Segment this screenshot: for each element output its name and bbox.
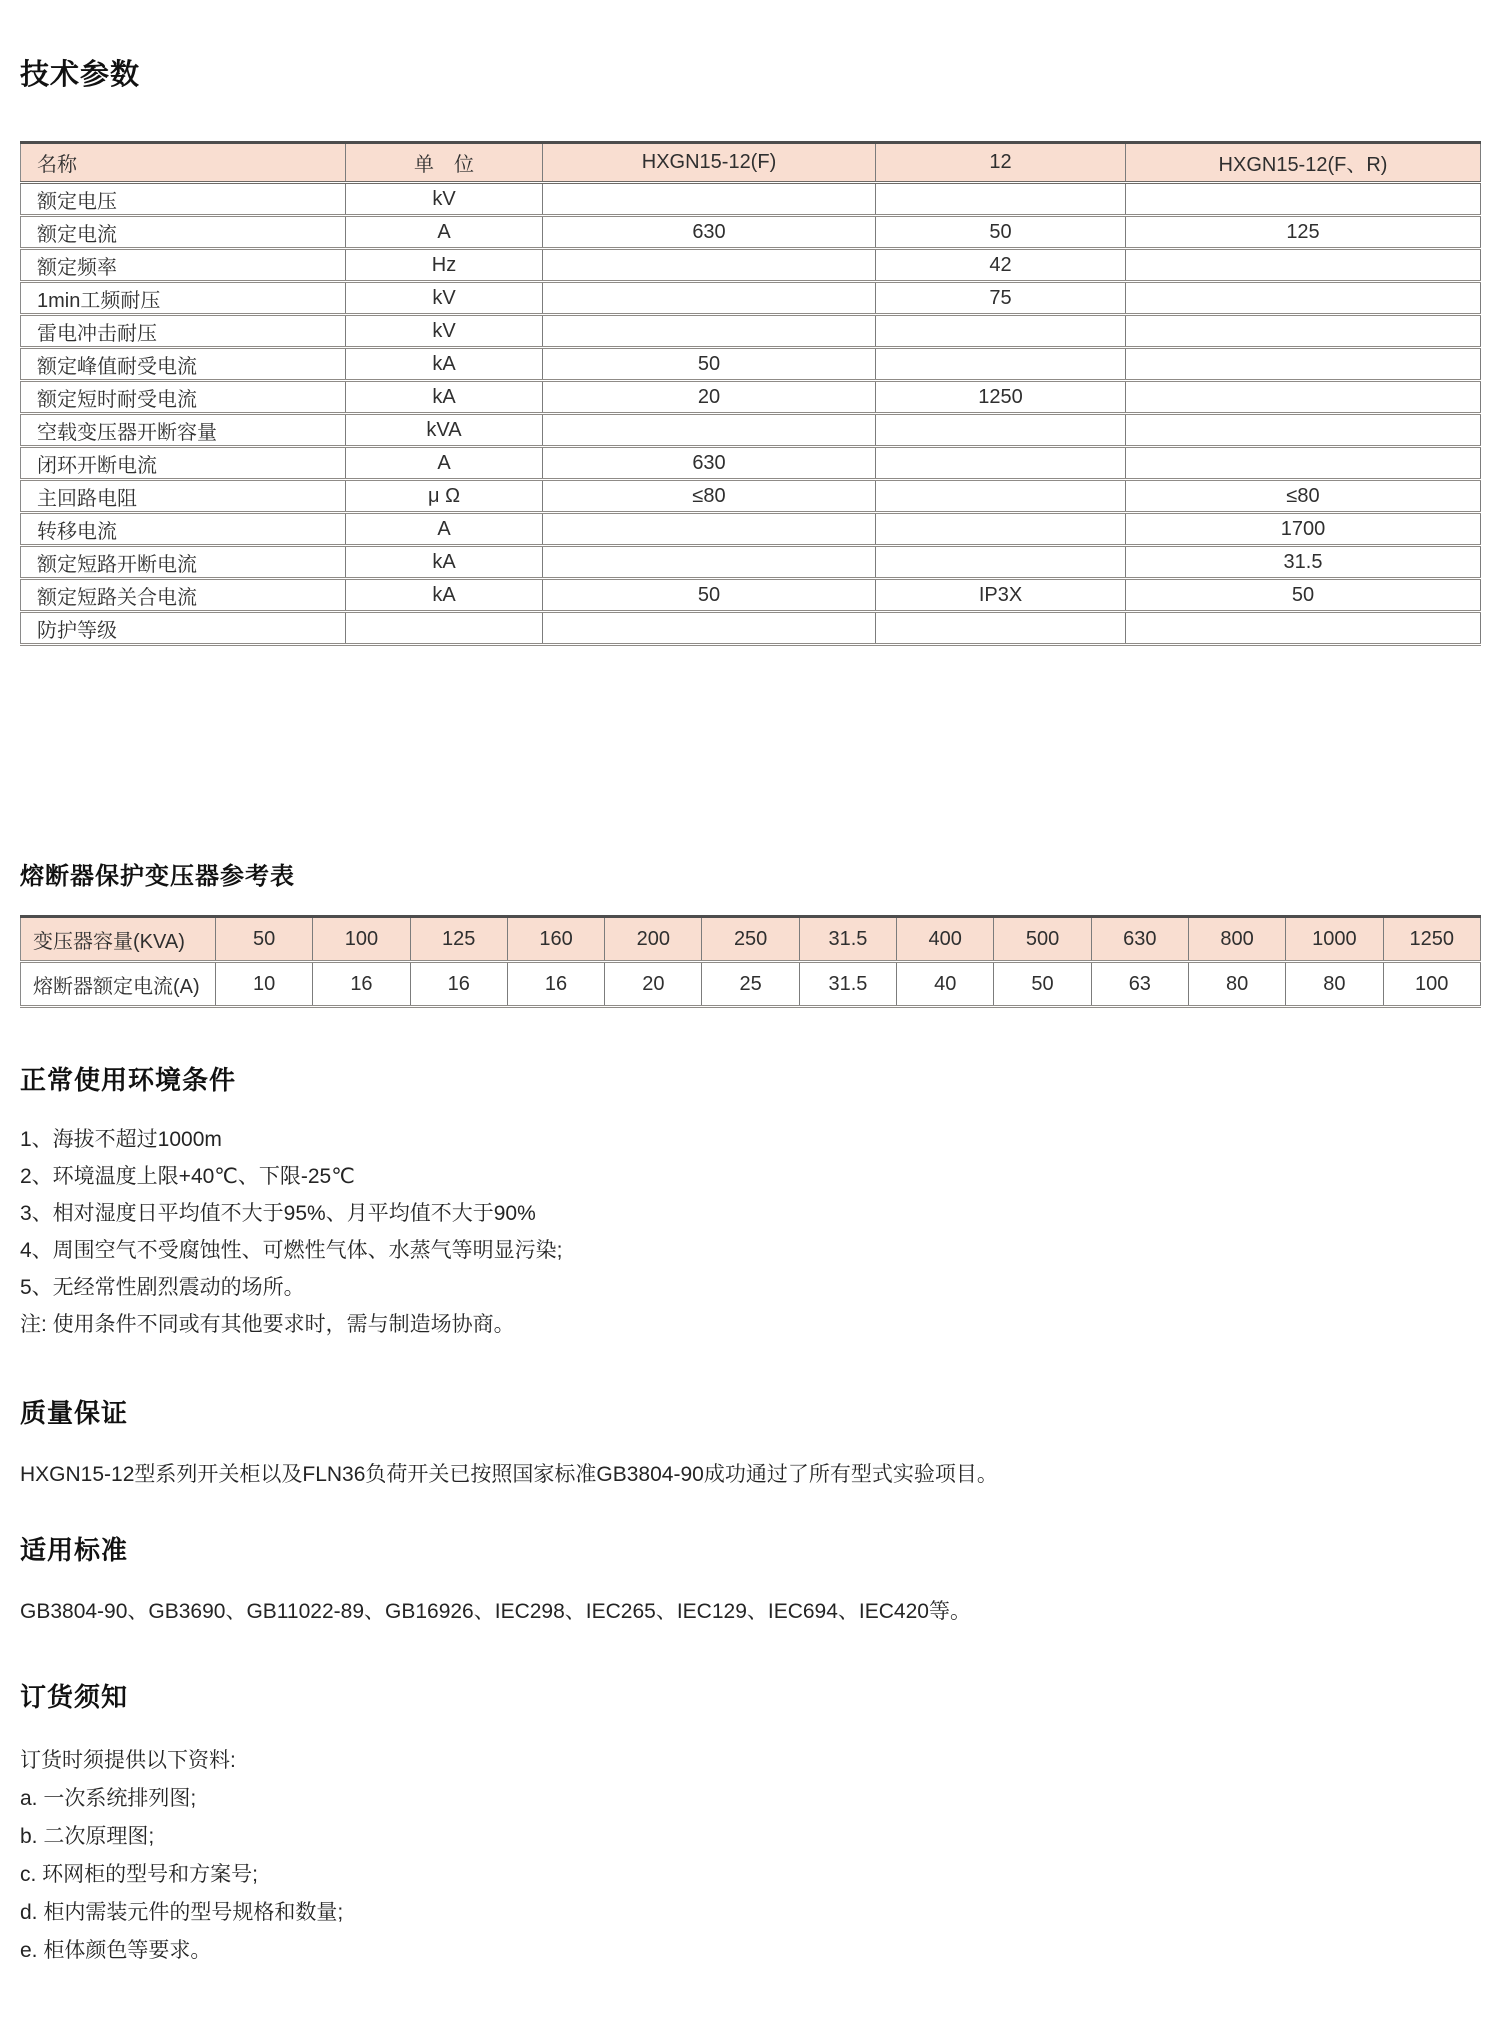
param-name-cell: 空载变压器开断容量	[21, 414, 346, 447]
value-cell: 50	[543, 579, 876, 612]
list-item: b. 二次原理图;	[20, 1818, 1480, 1856]
table-row: 额定短路开断电流kA31.5	[21, 546, 1481, 579]
table-row: 额定峰值耐受电流kA50	[21, 348, 1481, 381]
param-name-cell: 主回路电阻	[21, 480, 346, 513]
fuse-reference-table: 变压器容量(KVA)5010012516020025031.5400500630…	[20, 915, 1481, 1008]
value-cell: A	[346, 447, 543, 480]
value-cell: 20	[605, 962, 702, 1007]
value-cell	[876, 348, 1126, 381]
param-name-cell: 雷电冲击耐压	[21, 315, 346, 348]
tech-header-row: 名称单 位HXGN15-12(F)12HXGN15-12(F、R)	[21, 143, 1481, 183]
list-item: 订货时须提供以下资料:	[20, 1742, 1480, 1780]
table-row: 闭环开断电流A630	[21, 447, 1481, 480]
value-cell: kV	[346, 315, 543, 348]
table-row: 防护等级	[21, 612, 1481, 645]
list-item: 5、无经常性剧烈震动的场所。	[20, 1269, 1480, 1306]
list-item: d. 柜内需装元件的型号规格和数量;	[20, 1894, 1480, 1932]
value-cell: 1250	[876, 381, 1126, 414]
value-cell: kA	[346, 546, 543, 579]
value-cell: 500	[994, 917, 1091, 962]
quality-paragraph: HXGN15-12型系列开关柜以及FLN36负荷开关已按照国家标准GB3804-…	[20, 1460, 1480, 1490]
row-label-cell: 变压器容量(KVA)	[21, 917, 216, 962]
value-cell: 63	[1091, 962, 1188, 1007]
value-cell	[543, 546, 876, 579]
value-cell	[1126, 183, 1481, 216]
value-cell: A	[346, 216, 543, 249]
param-name-cell: 闭环开断电流	[21, 447, 346, 480]
value-cell: 80	[1188, 962, 1285, 1007]
section-title-ordering: 订货须知	[20, 1677, 1480, 1714]
value-cell	[876, 513, 1126, 546]
section-title-environment: 正常使用环境条件	[20, 1060, 1480, 1097]
value-cell: kA	[346, 381, 543, 414]
value-cell: 25	[702, 962, 799, 1007]
column-header: HXGN15-12(F)	[543, 143, 876, 183]
value-cell: ≤80	[1126, 480, 1481, 513]
value-cell	[1126, 348, 1481, 381]
value-cell	[876, 315, 1126, 348]
value-cell	[876, 414, 1126, 447]
value-cell: 1250	[1383, 917, 1480, 962]
list-item: e. 柜体颜色等要求。	[20, 1932, 1480, 1970]
value-cell	[1126, 315, 1481, 348]
value-cell: 100	[1383, 962, 1480, 1007]
param-name-cell: 额定短路开断电流	[21, 546, 346, 579]
tech-table-body: 额定电压kV额定电流A63050125额定频率Hz421min工频耐压kV75雷…	[21, 183, 1481, 645]
value-cell	[1126, 447, 1481, 480]
value-cell: 31.5	[1126, 546, 1481, 579]
value-cell: 50	[216, 917, 313, 962]
tech-params-table: 名称单 位HXGN15-12(F)12HXGN15-12(F、R) 额定电压kV…	[20, 141, 1481, 646]
value-cell	[876, 612, 1126, 645]
section-title-standards: 适用标准	[20, 1530, 1480, 1567]
param-name-cell: 转移电流	[21, 513, 346, 546]
list-item: c. 环网柜的型号和方案号;	[20, 1856, 1480, 1894]
value-cell: 50	[994, 962, 1091, 1007]
value-cell: IP3X	[876, 579, 1126, 612]
value-cell: kA	[346, 348, 543, 381]
param-name-cell: 额定短路关合电流	[21, 579, 346, 612]
value-cell: 125	[410, 917, 507, 962]
value-cell: 400	[897, 917, 994, 962]
value-cell: kA	[346, 579, 543, 612]
table-row: 变压器容量(KVA)5010012516020025031.5400500630…	[21, 917, 1481, 962]
value-cell: 20	[543, 381, 876, 414]
value-cell	[876, 546, 1126, 579]
value-cell: ≤80	[543, 480, 876, 513]
value-cell: 200	[605, 917, 702, 962]
value-cell	[543, 513, 876, 546]
value-cell	[876, 183, 1126, 216]
ordering-info-list: 订货时须提供以下资料: a. 一次系统排列图; b. 二次原理图; c. 环网柜…	[20, 1742, 1480, 1970]
table-row: 额定短时耐受电流kA201250	[21, 381, 1481, 414]
value-cell: A	[346, 513, 543, 546]
value-cell: 50	[543, 348, 876, 381]
value-cell: 50	[1126, 579, 1481, 612]
list-item: a. 一次系统排列图;	[20, 1780, 1480, 1818]
param-name-cell: 额定峰值耐受电流	[21, 348, 346, 381]
value-cell: kVA	[346, 414, 543, 447]
value-cell	[543, 414, 876, 447]
value-cell: 42	[876, 249, 1126, 282]
value-cell: 31.5	[799, 962, 896, 1007]
list-item: 2、环境温度上限+40℃、下限-25℃	[20, 1158, 1480, 1195]
value-cell	[1126, 612, 1481, 645]
table-row: 额定电流A63050125	[21, 216, 1481, 249]
table-row: 额定短路关合电流kA50IP3X50	[21, 579, 1481, 612]
value-cell: 50	[876, 216, 1126, 249]
page-title: 技术参数	[20, 52, 1480, 93]
value-cell: 1700	[1126, 513, 1481, 546]
value-cell	[543, 315, 876, 348]
value-cell	[1126, 414, 1481, 447]
param-name-cell: 额定电压	[21, 183, 346, 216]
value-cell: 630	[1091, 917, 1188, 962]
row-label-cell: 熔断器额定电流(A)	[21, 962, 216, 1007]
value-cell: 16	[410, 962, 507, 1007]
value-cell: 10	[216, 962, 313, 1007]
table-row: 空载变压器开断容量kVA	[21, 414, 1481, 447]
value-cell: 630	[543, 216, 876, 249]
value-cell: 31.5	[799, 917, 896, 962]
list-item: 3、相对湿度日平均值不大于95%、月平均值不大于90%	[20, 1195, 1480, 1232]
param-name-cell: 额定频率	[21, 249, 346, 282]
value-cell: kV	[346, 183, 543, 216]
value-cell: 160	[507, 917, 604, 962]
value-cell: 40	[897, 962, 994, 1007]
environment-conditions-list: 1、海拔不超过1000m 2、环境温度上限+40℃、下限-25℃ 3、相对湿度日…	[20, 1121, 1480, 1343]
table-row: 额定频率Hz42	[21, 249, 1481, 282]
value-cell: 80	[1286, 962, 1383, 1007]
section-title-quality: 质量保证	[20, 1393, 1480, 1430]
value-cell: 100	[313, 917, 410, 962]
value-cell	[543, 282, 876, 315]
value-cell	[543, 183, 876, 216]
value-cell	[876, 447, 1126, 480]
value-cell: μ Ω	[346, 480, 543, 513]
value-cell	[543, 612, 876, 645]
value-cell: 250	[702, 917, 799, 962]
value-cell	[1126, 249, 1481, 282]
standards-paragraph: GB3804-90、GB3690、GB11022-89、GB16926、IEC2…	[20, 1597, 1480, 1627]
value-cell	[1126, 381, 1481, 414]
param-name-cell: 额定电流	[21, 216, 346, 249]
list-item: 4、周围空气不受腐蚀性、可燃性气体、水蒸气等明显污染;	[20, 1232, 1480, 1269]
table-row: 额定电压kV	[21, 183, 1481, 216]
param-name-cell: 1min工频耐压	[21, 282, 346, 315]
value-cell: 16	[507, 962, 604, 1007]
value-cell: 630	[543, 447, 876, 480]
table-row: 1min工频耐压kV75	[21, 282, 1481, 315]
fuse-table-title: 熔断器保护变压器参考表	[20, 856, 1480, 891]
table-row: 主回路电阻μ Ω≤80≤80	[21, 480, 1481, 513]
table-row: 熔断器额定电流(A)10161616202531.54050638080100	[21, 962, 1481, 1007]
column-header: 12	[876, 143, 1126, 183]
fuse-table-body: 变压器容量(KVA)5010012516020025031.5400500630…	[21, 917, 1481, 1007]
param-name-cell: 额定短时耐受电流	[21, 381, 346, 414]
column-header: HXGN15-12(F、R)	[1126, 143, 1481, 183]
value-cell	[1126, 282, 1481, 315]
value-cell	[543, 249, 876, 282]
value-cell	[876, 480, 1126, 513]
value-cell: 1000	[1286, 917, 1383, 962]
value-cell: 800	[1188, 917, 1285, 962]
table-row: 雷电冲击耐压kV	[21, 315, 1481, 348]
value-cell: kV	[346, 282, 543, 315]
value-cell: Hz	[346, 249, 543, 282]
param-name-cell: 防护等级	[21, 612, 346, 645]
column-header: 名称	[21, 143, 346, 183]
document-page: 技术参数 名称单 位HXGN15-12(F)12HXGN15-12(F、R) 额…	[0, 0, 1500, 2040]
value-cell: 16	[313, 962, 410, 1007]
value-cell	[346, 612, 543, 645]
list-item: 1、海拔不超过1000m	[20, 1121, 1480, 1158]
list-item-note: 注: 使用条件不同或有其他要求时，需与制造场协商。	[20, 1306, 1480, 1343]
value-cell: 125	[1126, 216, 1481, 249]
table-row: 转移电流A1700	[21, 513, 1481, 546]
column-header: 单 位	[346, 143, 543, 183]
value-cell: 75	[876, 282, 1126, 315]
